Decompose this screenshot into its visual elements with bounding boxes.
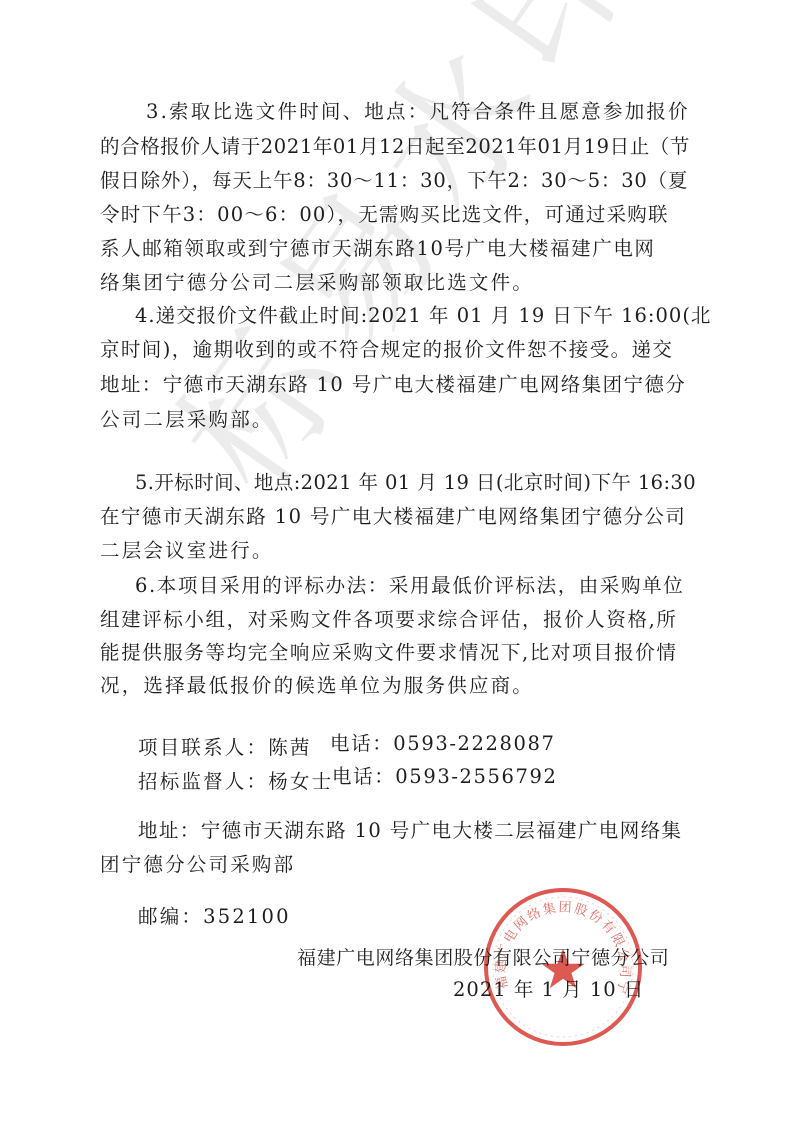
paragraph-line: 地址：宁德市天湖东路 10 号广电大楼福建广电网络集团宁德分 [100, 373, 686, 397]
paragraph-line: 3.索取比选文件时间、地点：凡符合条件且愿意参加报价 [146, 100, 690, 124]
address-line: 地址：宁德市天湖东路 10 号广电大楼二层福建广电网络集 [138, 819, 682, 843]
signature-date: 2021 年 1 月 10 日 [453, 978, 644, 1002]
supervisor-phone: 电话：0593-2556792 [332, 765, 558, 789]
paragraph-line: 假日除外），每天上午8：30～11：30，下午2：30～5：30（夏 [100, 169, 688, 193]
document-page: 标易水印 3.索取比选文件时间、地点：凡符合条件且愿意参加报价 的合格报价人请于… [0, 0, 793, 1121]
paragraph-line: 6.本项目采用的评标办法：采用最低价评标法，由采购单位 [135, 574, 684, 598]
paragraph-line: 令时下午3：00～6：00），无需购买比选文件，可通过采购联 [100, 203, 669, 227]
project-contact-phone: 电话：0593-2228087 [330, 732, 556, 756]
paragraph-line: 络集团宁德分公司二层采购部领取比选文件。 [100, 271, 534, 295]
paragraph-line: 京时间)，逾期收到的或不符合规定的报价文件恕不接受。递交 [100, 338, 673, 362]
paragraph-line: 能提供服务等均完全响应采购文件要求情况下,比对项目报价情 [100, 641, 678, 665]
paragraph-line: 在宁德市天湖东路 10 号广电大楼福建广电网络集团宁德分公司 [100, 505, 686, 529]
company-name: 福建广电网络集团股份有限公司宁德分公司 [297, 946, 669, 970]
paragraph-line: 组建评标小组，对采购文件各项要求综合评估，报价人资格,所 [100, 608, 678, 632]
paragraph-line: 二层会议室进行。 [100, 539, 274, 563]
postcode: 邮编：352100 [138, 905, 291, 929]
paragraph-line: 况，选择最低报价的候选单位为服务供应商。 [100, 674, 534, 698]
address-line: 团宁德分公司采购部 [100, 853, 295, 877]
paragraph-line: 系人邮箱领取或到宁德市天湖东路10号广电大楼福建广电网 [100, 237, 656, 261]
paragraph-line: 公司二层采购部。 [100, 408, 274, 432]
paragraph-line: 4.递交报价文件截止时间:2021 年 01 月 19 日下午 16:00(北 [135, 304, 711, 328]
project-contact: 项目联系人：陈茜 [138, 736, 312, 760]
paragraph-line: 5.开标时间、地点:2021 年 01 月 19 日(北京时间)下午 16:30 [135, 471, 696, 495]
supervisor-contact: 招标监督人：杨女士 [138, 770, 333, 794]
watermark: 标易水印 [120, 0, 687, 524]
paragraph-line: 的合格报价人请于2021年01月12日起至2021年01月19日止（节 [100, 135, 690, 159]
